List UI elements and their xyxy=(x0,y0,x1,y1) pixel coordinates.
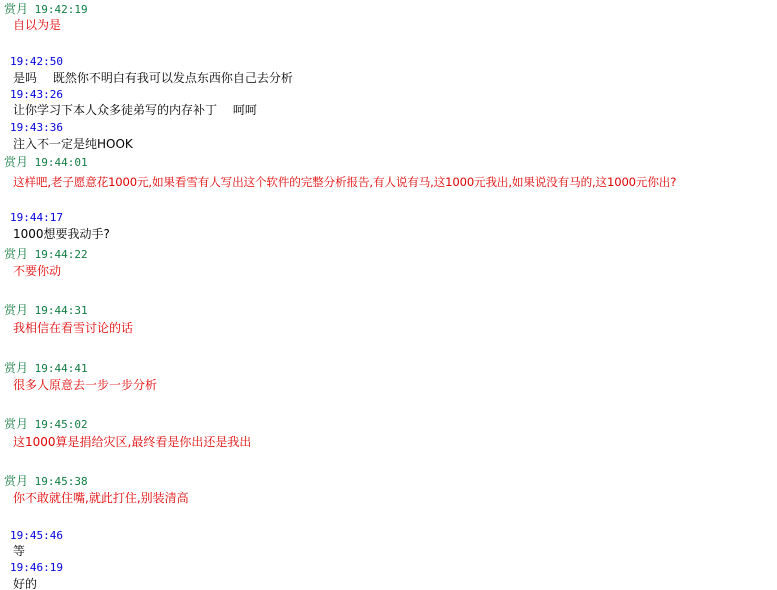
message-header: 赏月 19:44:41 xyxy=(4,361,88,376)
message-text: 这样吧,老子愿意花1000元,如果看雪有人写出这个软件的完整分析报告,有人说有马… xyxy=(13,175,676,189)
message-header: 19:43:36 xyxy=(10,121,63,135)
message-header: 赏月 19:42:19 xyxy=(4,2,88,17)
message-header: 19:42:50 xyxy=(10,55,63,69)
message-header: 赏月 19:44:31 xyxy=(4,303,88,318)
message-header: 赏月 19:44:22 xyxy=(4,247,88,262)
timestamp: 19:45:38 xyxy=(35,475,88,488)
message-text: 你不敢就住嘴,就此打住,别装清高 xyxy=(13,491,189,505)
sender-name: 赏月 xyxy=(4,417,28,431)
message-text: 不要你动 xyxy=(13,264,61,278)
sender-name: 赏月 xyxy=(4,474,28,488)
timestamp: 19:45:02 xyxy=(35,418,88,431)
message-header: 赏月 19:45:38 xyxy=(4,474,88,489)
message-text: 我相信在看雪讨论的话 xyxy=(13,321,133,335)
message-text: 自以为是 xyxy=(13,18,61,32)
message-text: 等 xyxy=(13,544,25,558)
timestamp: 19:42:50 xyxy=(10,55,63,68)
timestamp: 19:43:36 xyxy=(10,121,63,134)
message-header: 赏月 19:45:02 xyxy=(4,417,88,432)
timestamp: 19:46:19 xyxy=(10,561,63,574)
sender-name: 赏月 xyxy=(4,361,28,375)
message-text: 很多人原意去一步一步分析 xyxy=(13,378,157,392)
timestamp: 19:45:46 xyxy=(10,529,63,542)
message-text: 好的 xyxy=(13,577,37,590)
timestamp: 19:43:26 xyxy=(10,88,63,101)
message-text: 是吗 既然你不明白有我可以发点东西你自己去分析 xyxy=(13,71,293,85)
message-header: 赏月 19:44:01 xyxy=(4,155,88,170)
message-text: 这1000算是捐给灾区,最终看是你出还是我出 xyxy=(13,435,251,449)
message-header: 19:44:17 xyxy=(10,211,63,225)
timestamp: 19:42:19 xyxy=(35,3,88,16)
message-text: 让你学习下本人众多徒弟写的内存补丁 呵呵 xyxy=(13,103,257,117)
sender-name: 赏月 xyxy=(4,303,28,317)
timestamp: 19:44:01 xyxy=(35,156,88,169)
message-text: 注入不一定是纯HOOK xyxy=(13,137,133,151)
sender-name: 赏月 xyxy=(4,247,28,261)
message-header: 19:46:19 xyxy=(10,561,63,575)
timestamp: 19:44:41 xyxy=(35,362,88,375)
sender-name: 赏月 xyxy=(4,155,28,169)
message-header: 19:45:46 xyxy=(10,529,63,543)
message-header: 19:43:26 xyxy=(10,88,63,102)
message-text: 1000想要我动手? xyxy=(13,227,110,241)
timestamp: 19:44:17 xyxy=(10,211,63,224)
timestamp: 19:44:22 xyxy=(35,248,88,261)
timestamp: 19:44:31 xyxy=(35,304,88,317)
sender-name: 赏月 xyxy=(4,2,28,16)
